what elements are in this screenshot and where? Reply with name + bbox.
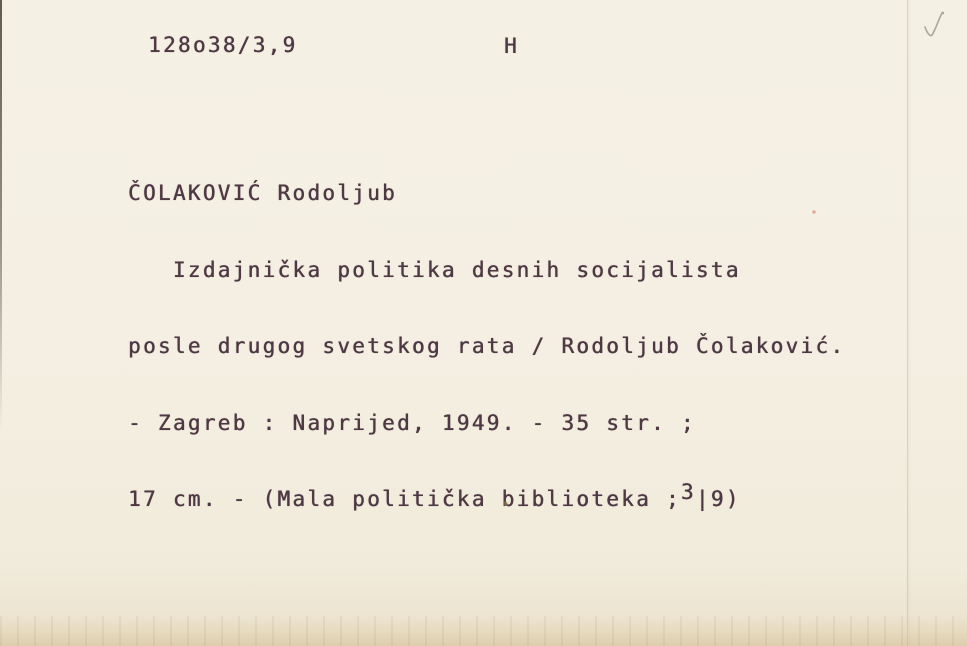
series-line-prefix: 17 cm. - (Mala politička biblioteka ; bbox=[128, 487, 681, 511]
heading-letter: H bbox=[504, 34, 519, 60]
imprint-line: - Zagreb : Naprijed, 1949. - 35 str. ; bbox=[128, 411, 845, 437]
title-line: Izdajnička politika desnih socijalista bbox=[128, 258, 845, 284]
author-line: ČOLAKOVIĆ Rodoljub bbox=[128, 181, 845, 207]
paper-crease bbox=[907, 0, 908, 646]
scan-edge-shadow bbox=[0, 0, 2, 430]
paper-stain-speck bbox=[503, 501, 508, 506]
series-line: 17 cm. - (Mala politička biblioteka ;3|9… bbox=[128, 487, 845, 513]
title-continuation-line: posle drugog svetskog rata / Rodoljub Čo… bbox=[128, 334, 845, 360]
series-number-rest: |9) bbox=[696, 487, 741, 511]
call-number: 128o38/3,9 bbox=[148, 33, 297, 59]
pencil-checkmark-icon bbox=[920, 10, 952, 44]
card-bottom-edge bbox=[0, 616, 967, 646]
series-number-numerator: 3 bbox=[681, 480, 696, 506]
catalog-card: 128o38/3,9 H ČOLAKOVIĆ Rodoljub Izdajnič… bbox=[0, 0, 967, 646]
catalog-entry: ČOLAKOVIĆ Rodoljub Izdajnička politika d… bbox=[128, 130, 845, 564]
red-ink-speck bbox=[812, 210, 816, 214]
